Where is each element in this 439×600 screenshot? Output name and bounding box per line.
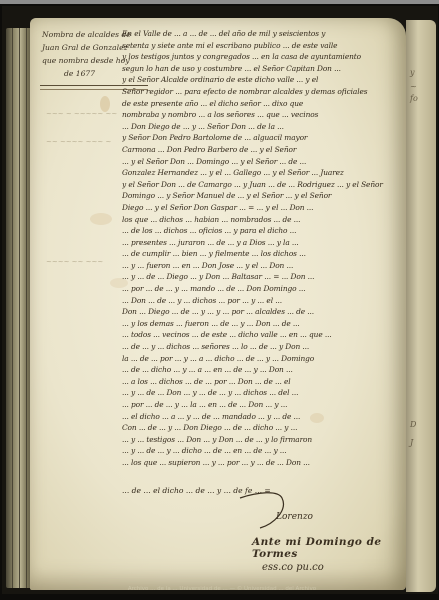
bleed-through-text: ~~~ ~ ~~~~~ ~~: [46, 110, 117, 118]
manuscript-line: ... Don Diego de ... y ... Señor Don ...…: [122, 121, 404, 133]
top-bar: [0, 0, 439, 4]
signature-title: ess.co pu.co: [262, 562, 324, 573]
manuscript-line: los que ... dichos ... habian ... nombra…: [122, 214, 404, 226]
manuscript-line: Con ... de ... y ... Don Diego ... de ..…: [122, 422, 404, 434]
manuscript-line: ... todos ... vecinos ... de este ... di…: [122, 329, 404, 341]
manuscript-line: de este presente año ... el dicho señor …: [122, 98, 404, 110]
manuscript-line: ... por ... de ... y ... mando ... de ..…: [122, 283, 404, 295]
bleed-through-text: ~~~~ ~~ ~~~: [46, 258, 103, 266]
manuscript-line: Domingo ... y Señor Manuel de ... y el S…: [122, 190, 404, 202]
book-volume: y ~ fo D J Nombra de alcaldes de Juan Gr…: [2, 6, 438, 594]
paper-stain: [90, 213, 112, 225]
spine-line: [26, 28, 27, 588]
manuscript-line: ... el dicho ... a ... y ... de ... mand…: [122, 411, 404, 423]
archive-watermark: Archivo ... de la ... Universidad de ...…: [72, 586, 372, 592]
manuscript-line: ... de cumplir ... bien ... y fielmente …: [122, 248, 404, 260]
manuscript-line: Gonzalez Hernandez ... y el ... Gallego …: [122, 167, 404, 179]
manuscript-line: y Señor Don Pedro Bartolome de ... algua…: [122, 132, 404, 144]
manuscript-line: Don ... Diego ... de ... y ... y ... por…: [122, 306, 404, 318]
manuscript-line: ... y ... testigos ... Don ... y Don ...…: [122, 434, 404, 446]
manuscript-line: ... Don ... de ... y ... dichos ... por …: [122, 295, 404, 307]
manuscript-line: ... y ... de ... y ... dicho ... de ... …: [122, 445, 404, 457]
manuscript-line: la ... de ... por ... y ... a ... dicho …: [122, 353, 404, 365]
manuscript-line: ... por ... de ... y ... la ... en ... d…: [122, 399, 404, 411]
manuscript-line: Carmona ... Don Pedro Barbero de ... y e…: [122, 144, 404, 156]
manuscript-page: Nombra de alcaldes de Juan Gral de Gonza…: [30, 18, 406, 590]
manuscript-line: ... de ... dicho ... y ... a ... en ... …: [122, 364, 404, 376]
manuscript-line: ... de los ... dichos ... oficios ... y …: [122, 225, 404, 237]
manuscript-line: ... y el Señor Don ... Domingo ... y el …: [122, 156, 404, 168]
manuscript-line: ... los que ... supieron ... y ... por .…: [122, 457, 404, 469]
spine-line: [19, 28, 20, 588]
manuscript-line: ... presentes ... juraron ... de ... y a…: [122, 237, 404, 249]
signature-notary: Ante mi Domingo de Tormes: [252, 536, 406, 560]
bleed-through-text: ~~ ~~~~ ~~~ ~: [46, 138, 111, 146]
manuscript-line: y el Señor Alcalde ordinario de este dic…: [122, 74, 404, 86]
manuscript-line: y el Señor Don ... de Camargo ... y Juan…: [122, 179, 404, 191]
manuscript-line: ... y ... fueron ... en ... Don Jose ...…: [122, 260, 404, 272]
signature-witness: Lorenzo: [276, 512, 313, 522]
manuscript-line: setenta y siete ante mi el escribano pub…: [122, 40, 404, 52]
manuscript-line: ... y ... de ... Diego ... y Don ... Bal…: [122, 271, 404, 283]
manuscript-line: ... a los ... dichos ... de ... por ... …: [122, 376, 404, 388]
manuscript-line: ... y los demas ... fueron ... de ... y …: [122, 318, 404, 330]
manuscript-line: Diego ... y el Señor Don Gaspar ... = ..…: [122, 202, 404, 214]
book-spine: [6, 28, 32, 588]
spine-line: [12, 28, 13, 588]
manuscript-line: nombraba y nombro ... a los señores ... …: [122, 109, 404, 121]
manuscript-line: En el Valle de ... a ... de ... del año …: [122, 28, 404, 40]
manuscript-line: ... y ... de ... Don ... y ... de ... y …: [122, 387, 404, 399]
adjacent-page-edge: y ~ fo D J: [406, 20, 436, 592]
manuscript-line: y los testigos juntos y congregados ... …: [122, 51, 404, 63]
manuscript-line: ... de ... y ... dichos ... señores ... …: [122, 341, 404, 353]
manuscript-line: Señor regidor ... para efecto de nombrar…: [122, 86, 404, 98]
manuscript-line: segun lo han de uso y costumbre ... el S…: [122, 63, 404, 75]
manuscript-body: En el Valle de ... a ... de ... del año …: [122, 28, 404, 469]
